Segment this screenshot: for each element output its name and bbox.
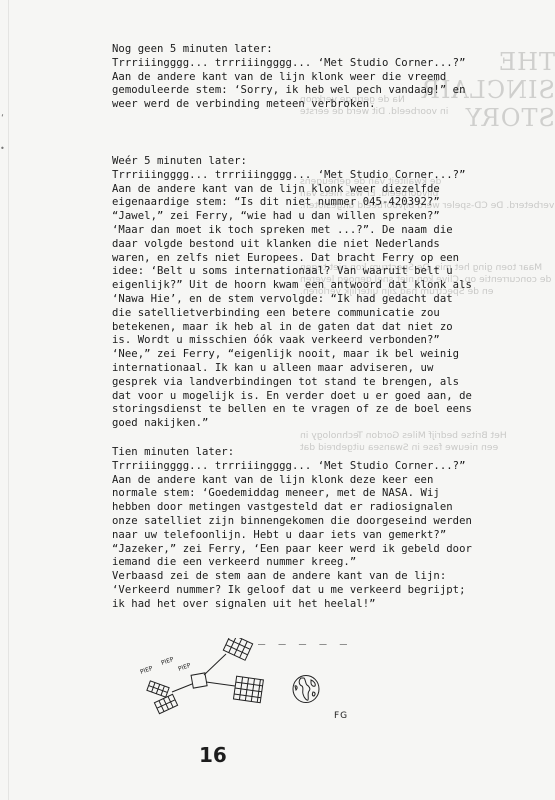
text-line: Verbaasd zei de stem aan de andere kant … (112, 570, 552, 584)
text-line: ik had het over signalen uit het heelal!… (112, 598, 552, 612)
text-line: eigenlijk?” Uit de hoorn kwam een antwoo… (112, 279, 552, 293)
text-line: goed nakijken.” (112, 417, 552, 431)
paragraph: Tien minuten later:Trrriiingggg... trrri… (112, 446, 552, 612)
text-line: die satellietverbinding een betere commu… (112, 307, 552, 321)
text-line: normale stem: ‘Goedemiddag meneer, met d… (112, 487, 552, 501)
paragraph: Weér 5 minuten later:Trrriiingggg... trr… (112, 155, 552, 431)
text-line: naar uw telefoonlijn. Hebt u daar iets v… (112, 529, 552, 543)
text-line: betekenen, maar ik heb al in de gaten da… (112, 321, 552, 335)
paragraph: Nog geen 5 minuten later:Trrriiingggg...… (112, 43, 552, 112)
text-line: dat voor u mogelijk is. En verder doet u… (112, 390, 552, 404)
piep-label: PIEP (139, 665, 154, 676)
margin-mark: • (0, 144, 5, 153)
page-number: 16 (199, 743, 227, 767)
piep-label: PIEP (177, 662, 192, 673)
text-line: Trrriiingggg... trrriiingggg... ‘Met Stu… (112, 57, 552, 71)
text-line: onze satelliet zijn binnengekomen die do… (112, 515, 552, 529)
text-line: idee: ‘Belt u soms internationaal? Van w… (112, 265, 552, 279)
text-line: Weér 5 minuten later: (112, 155, 552, 169)
text-line: weer werd de verbinding meteen verbroken… (112, 98, 552, 112)
text-line: ‘Verkeerd nummer? Ik geloof dat u me ver… (112, 584, 552, 598)
text-line: internationaal. Ik kan u alleen maar adv… (112, 362, 552, 376)
text-line: Aan de andere kant van de lijn klonk wee… (112, 183, 552, 197)
bleed-through-line: Het Britse bedrijf Miles Gordon Technolo… (300, 430, 507, 443)
text-line: “Jawel,” zei Ferry, “wie had u dan wille… (112, 210, 552, 224)
text-line: Trrriiingggg... trrriiingggg... ‘Met Stu… (112, 460, 552, 474)
page-edge (8, 0, 9, 800)
text-line: iemand die een verkeerd nummer kreeg.” (112, 556, 552, 570)
text-line: “Jazeker,” zei Ferry, ‘Een paar keer wer… (112, 543, 552, 557)
piep-label: PIEP (160, 656, 175, 667)
text-line: is. Wordt u misschien óók vaak verkeerd … (112, 334, 552, 348)
text-line: daar volgde bestond uit klanken die niet… (112, 238, 552, 252)
text-line: Tien minuten later: (112, 446, 552, 460)
text-line: hebben door metingen vastgesteld dat er … (112, 501, 552, 515)
text-line: Aan de andere kant van de lijn klonk dez… (112, 474, 552, 488)
text-line: Nog geen 5 minuten later: (112, 43, 552, 57)
text-line: ‘Nawa Hie’, en de stem vervolgde: “Ik ha… (112, 293, 552, 307)
text-line: storingsdienst te bellen en te vragen of… (112, 403, 552, 417)
text-line: eigenaardige stem: “Is dit niet nummer 0… (112, 196, 552, 210)
globe-icon (290, 673, 322, 705)
text-line: waren, en zelfs niet Europees. Dat brach… (112, 252, 552, 266)
author-initials: FG (334, 711, 348, 721)
text-line: ‘Maar dan moet ik toch spreken met ...?”… (112, 224, 552, 238)
satellite-icon: PIEP PIEP PIEP (138, 638, 283, 733)
text-line: Trrriiingggg... trrriiingggg... ‘Met Stu… (112, 169, 552, 183)
text-line: gesprek via landverbindingen tot stand t… (112, 376, 552, 390)
margin-mark: ‘ (0, 113, 5, 122)
text-line: Aan de andere kant van de lijn klonk wee… (112, 71, 552, 85)
text-line: gemoduleerde stem: ‘Sorry, ik heb wel pe… (112, 84, 552, 98)
text-line: ‘Nee,” zei Ferry, “eigenlijk nooit, maar… (112, 348, 552, 362)
